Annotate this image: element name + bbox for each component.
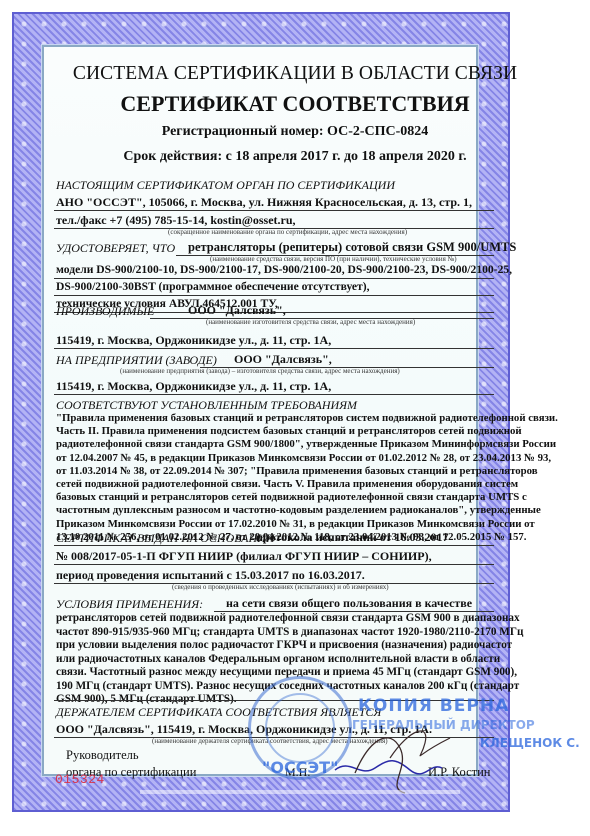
conditions-value: на сети связи общего пользования в качес…: [226, 596, 472, 611]
signatory-role: Руководитель: [66, 748, 139, 763]
plant-label: НА ПРЕДПРИЯТИИ (ЗАВОДЕ): [56, 353, 217, 368]
registration-number: Регистрационный номер: ОС-2-СПС-0824: [0, 124, 590, 140]
requirements-line: сетей подвижной радиотелефонной связи. Ч…: [56, 478, 496, 491]
models-line2: DS-900/2100-30BST (программное обеспечен…: [56, 280, 370, 293]
signature-icon: [330, 718, 490, 798]
conditions-line: частот 890-915/935-960 МГц; стандарта UM…: [56, 626, 496, 640]
requirements-line: Приказом Минкомсвязи России от 17.02.201…: [56, 518, 496, 531]
models-line: модели DS-900/2100-10, DS-900/2100-17, D…: [56, 263, 512, 276]
certification-body-line1: АНО "ОССЭТ", 105066, г. Москва, ул. Нижн…: [56, 195, 472, 210]
underline: [54, 348, 494, 349]
conditions-line: при условии выделения полос радиочастот …: [56, 639, 496, 653]
conditions-line: ретрансляторов сетей подвижной радиотеле…: [56, 612, 496, 626]
basis-protocol: № 008/2017-05-1-П ФГУП НИИР (филиал ФГУП…: [56, 549, 432, 564]
conditions-line: или радиочастотных каналов Федеральным о…: [56, 653, 496, 667]
certification-body-line2: тел./факс +7 (495) 785-15-14, kostin@oss…: [56, 213, 296, 228]
requirements-line: частотным дуплексным разносом и частотно…: [56, 504, 496, 517]
certification-body-label: НАСТОЯЩИМ СЕРТИФИКАТОМ ОРГАН ПО СЕРТИФИК…: [56, 178, 395, 193]
underline: [54, 394, 494, 395]
manufacturer-address: 115419, г. Москва, Орджоникидзе ул., д. …: [56, 333, 331, 348]
footer-microtext: [140, 790, 460, 794]
basis-caption: (сведения о проведенных исследованиях (и…: [172, 583, 389, 591]
plant-address: 115419, г. Москва, Орджоникидзе ул., д. …: [56, 379, 331, 394]
certifies-caption: (наименование средства связи, версия ПО …: [210, 255, 457, 263]
basis-value: протокола испытаний от 16.03.2017: [256, 530, 449, 545]
underline: [242, 545, 494, 546]
requirements-line: Часть II. Правила применения подсистем б…: [56, 425, 496, 438]
director-name-stamp: КЛЕЩЕНОК С.: [480, 736, 580, 750]
conditions-label: УСЛОВИЯ ПРИМЕНЕНИЯ:: [56, 597, 203, 612]
document-title: СЕРТИФИКАТ СООТВЕТСТВИЯ: [0, 91, 590, 117]
requirements-line: радиотелефонной связи стандарта GSM 900/…: [56, 438, 496, 451]
requirements-text: "Правила применения базовых станций и ре…: [56, 412, 496, 544]
basis-label: СЕРТИФИКАТ ВЫДАН НА ОСНОВАНИИ: [56, 531, 274, 546]
plant-value: ООО "Далсвязь",: [234, 352, 332, 367]
requirements-line: базовых станций и ретрансляторов сетей п…: [56, 491, 496, 504]
certifies-label: УДОСТОВЕРЯЕТ, ЧТО: [56, 241, 175, 256]
underline: [54, 295, 494, 296]
copy-verified-stamp: КОПИЯ ВЕРНА: [358, 696, 509, 716]
manufacturer-caption: (наименование изготовителя средства связ…: [206, 318, 415, 326]
system-title: СИСТЕМА СЕРТИФИКАЦИИ В ОБЛАСТИ СВЯЗИ: [0, 63, 590, 85]
requirements-line: от 12.04.2007 № 45, в редакции Приказов …: [56, 452, 496, 465]
conditions-line: связи. Частотный разнос между несущими п…: [56, 666, 496, 680]
underline: [54, 278, 494, 279]
manufacturer-label: ПРОИЗВОДИМЫЕ: [56, 304, 154, 319]
underline: [54, 210, 494, 211]
requirements-line: от 11.03.2014 № 38, от 22.09.2014 № 307;…: [56, 465, 496, 478]
certification-body-caption: (сокращенное наименование органа по серт…: [168, 228, 407, 236]
plant-caption: (наименование предприятия (завода) – изг…: [120, 367, 400, 375]
requirements-line: "Правила применения базовых станций и ре…: [56, 412, 496, 425]
manufacturer-value: ООО "Далсвязь",: [188, 303, 286, 318]
basis-period: период проведения испытаний с 15.03.2017…: [56, 568, 365, 583]
serial-number: 015324: [55, 772, 105, 787]
underline: [54, 564, 494, 565]
seal-text: "ОССЭТ": [262, 758, 338, 777]
requirements-label: СООТВЕТСТВУЮТ УСТАНОВЛЕННЫМ ТРЕБОВАНИЯМ: [56, 398, 357, 413]
certifies-value: ретрансляторы (репитеры) сотовой связи G…: [188, 240, 516, 255]
validity-period: Срок действия: с 18 апреля 2017 г. до 18…: [0, 149, 590, 165]
